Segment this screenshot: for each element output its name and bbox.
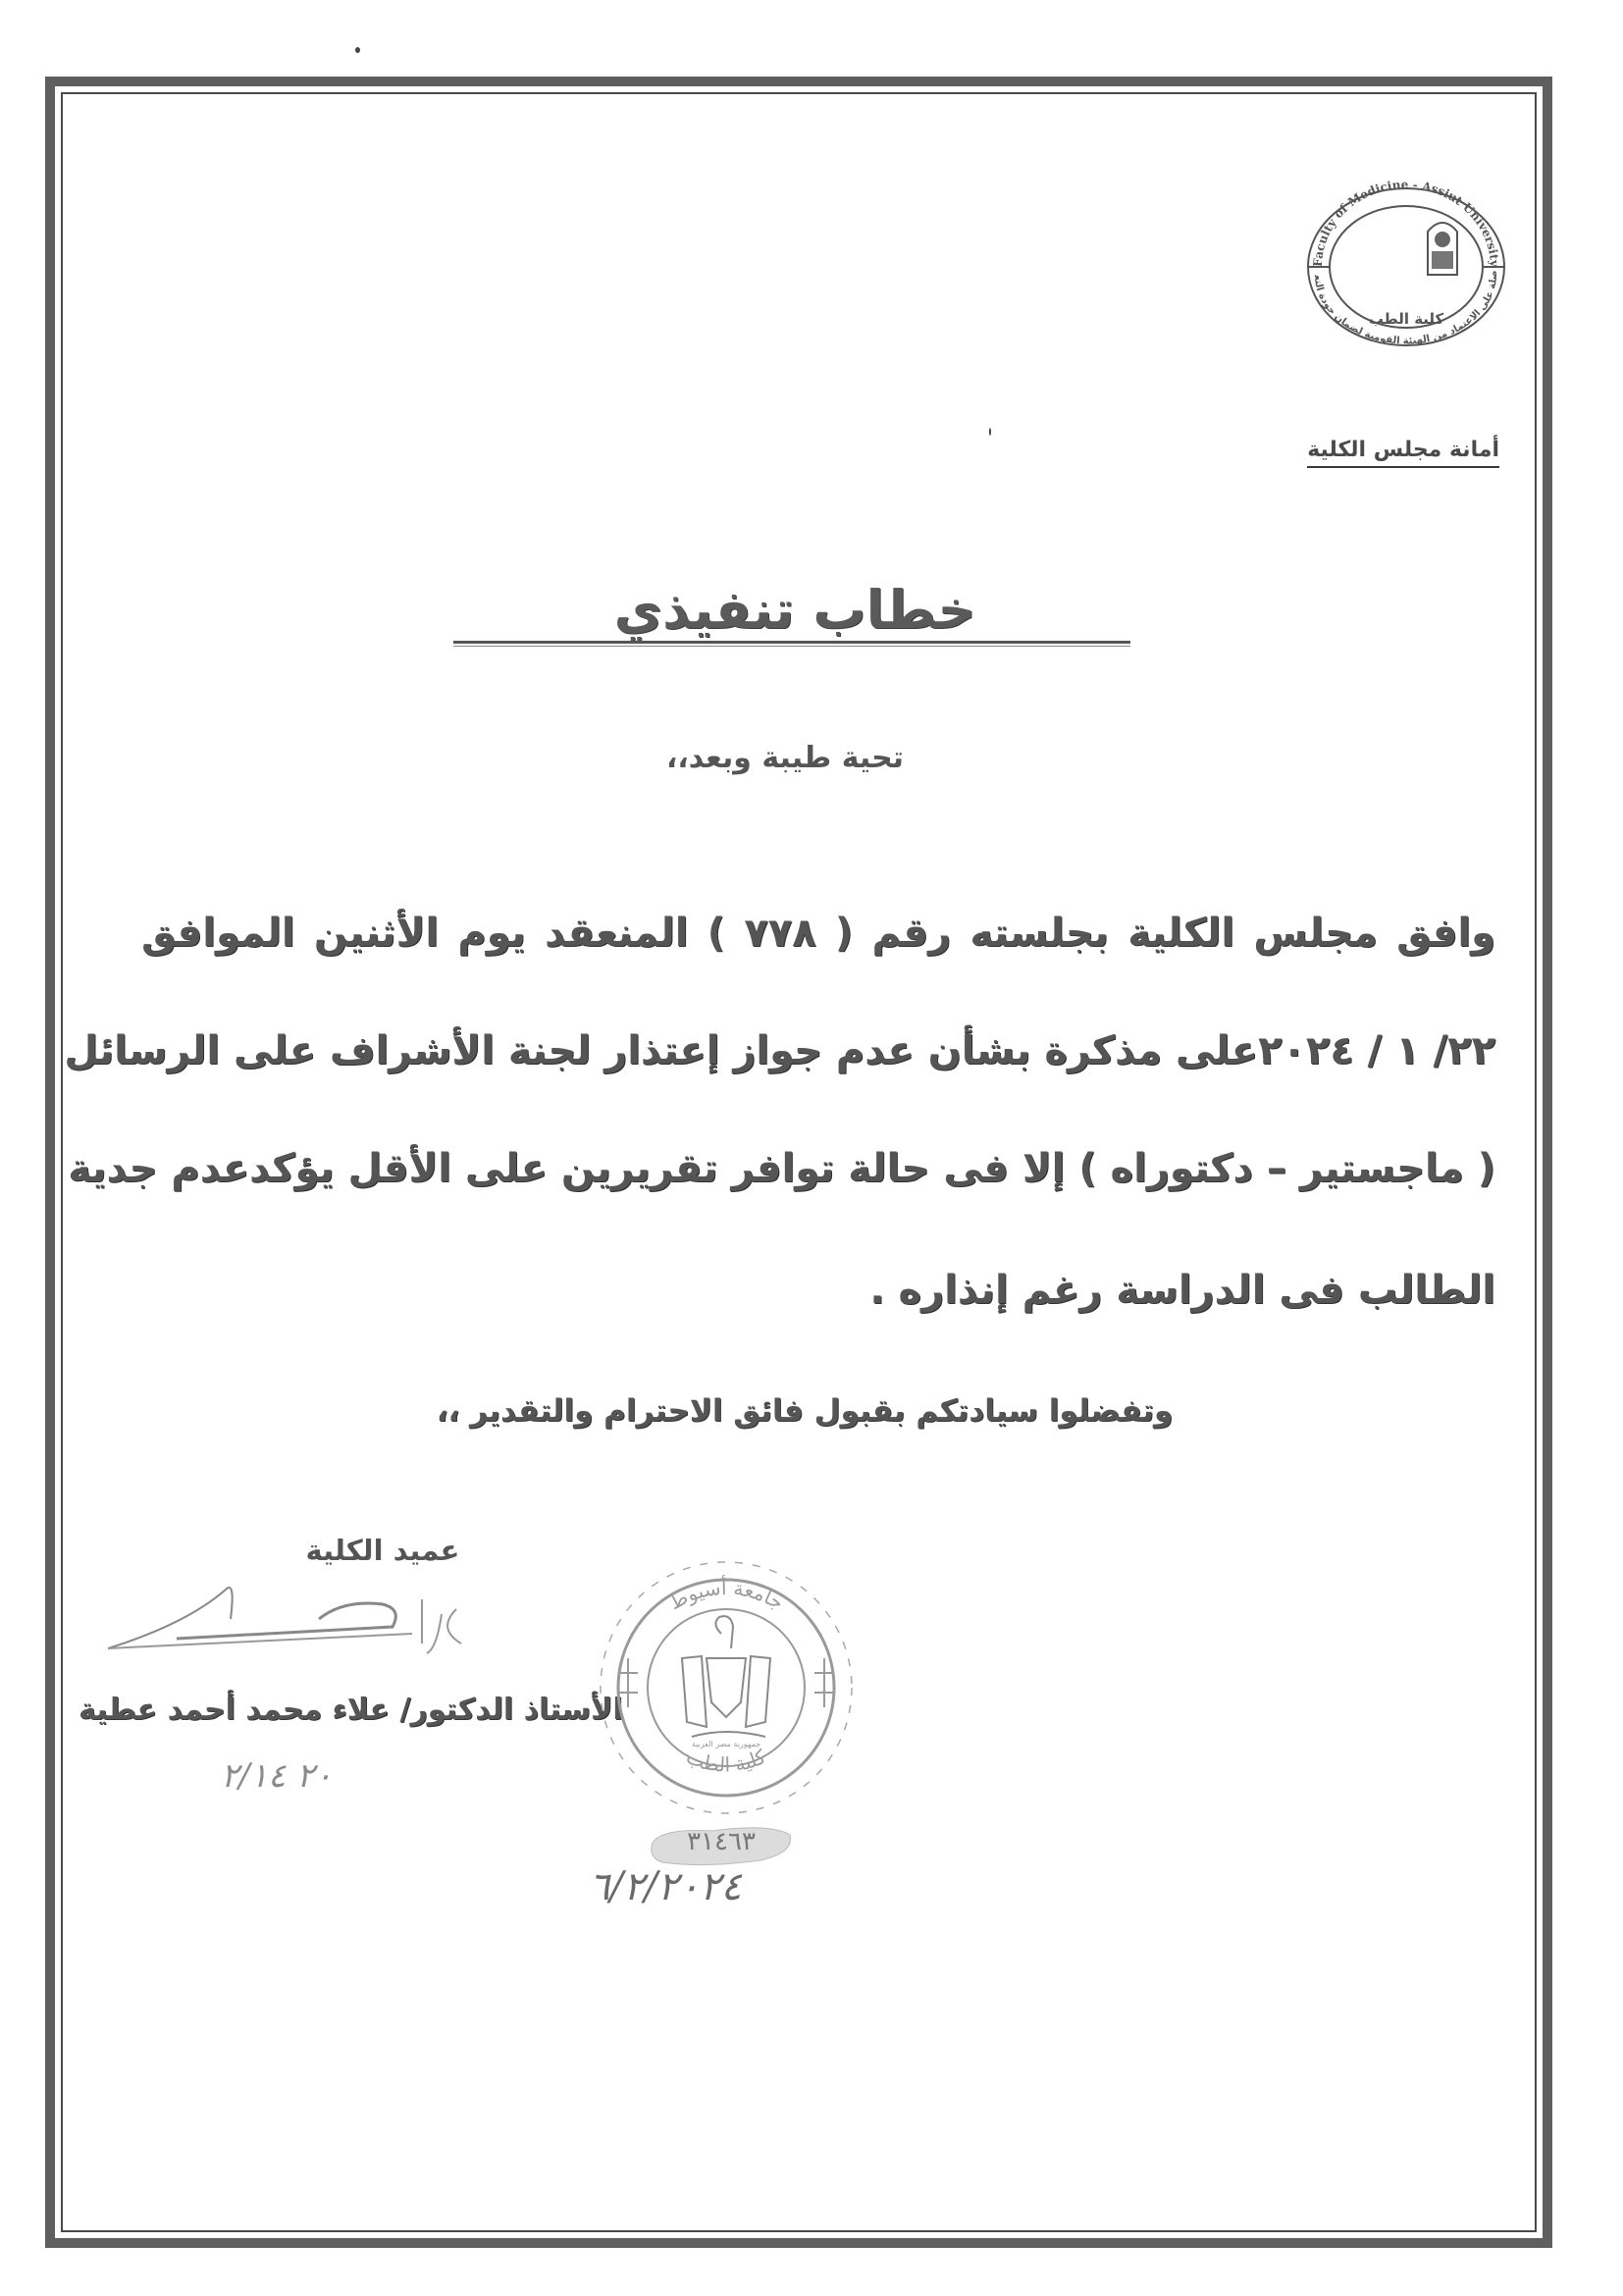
scan-speck	[355, 47, 360, 53]
scan-speck	[989, 428, 991, 436]
handwritten-date: ٢٠ ٢/١٤	[221, 1756, 333, 1796]
svg-text:كلية الطب: كلية الطب	[683, 1745, 769, 1777]
closing-line: وتفضلوا سيادتكم بقبول فائق الاحترام والت…	[393, 1393, 1217, 1429]
body-line-3: ( ماجستير – دكتوراه ) إلا فى حالة توافر …	[141, 1146, 1495, 1191]
svg-text:Faculty of Medicine - Assiut U: Faculty of Medicine - Assiut University	[1311, 178, 1501, 268]
dean-title: عميد الكلية	[285, 1534, 481, 1567]
body-line-1: وافق مجلس الكلية بجلسته رقم ( ٧٧٨ ) المن…	[141, 911, 1495, 956]
official-stamp-icon: جامعة أسيوط كلية الطب جمهورية مصر العربي…	[574, 1540, 878, 1825]
office-label: أمانة مجلس الكلية	[1307, 438, 1499, 468]
body-line-2: ٢٢/ ١ / ٢٠٢٤على مذكرة بشأن عدم جواز إعتذ…	[141, 1028, 1495, 1073]
page-title: خطاب تنفيذي	[451, 579, 1138, 641]
serial-number: ٣١٤٦٣	[662, 1827, 780, 1856]
svg-text:جمهورية مصر العربية: جمهورية مصر العربية	[692, 1740, 760, 1748]
body-line-4: الطالب فى الدراسة رغم إنذاره .	[869, 1268, 1495, 1313]
greeting: تحية طيبة وبعد،،	[491, 741, 1079, 775]
stamp-handwritten-date: ٦/٢/٢٠٢٤	[589, 1864, 742, 1909]
signature-icon	[98, 1570, 471, 1688]
faculty-of-medicine-crescent-logo-icon: Faculty of Medicine - Assiut University …	[1300, 177, 1511, 348]
title-underline	[453, 641, 1130, 644]
svg-text:كلية الطب: كلية الطب	[1369, 310, 1444, 328]
title-underline-thin	[453, 646, 1130, 647]
